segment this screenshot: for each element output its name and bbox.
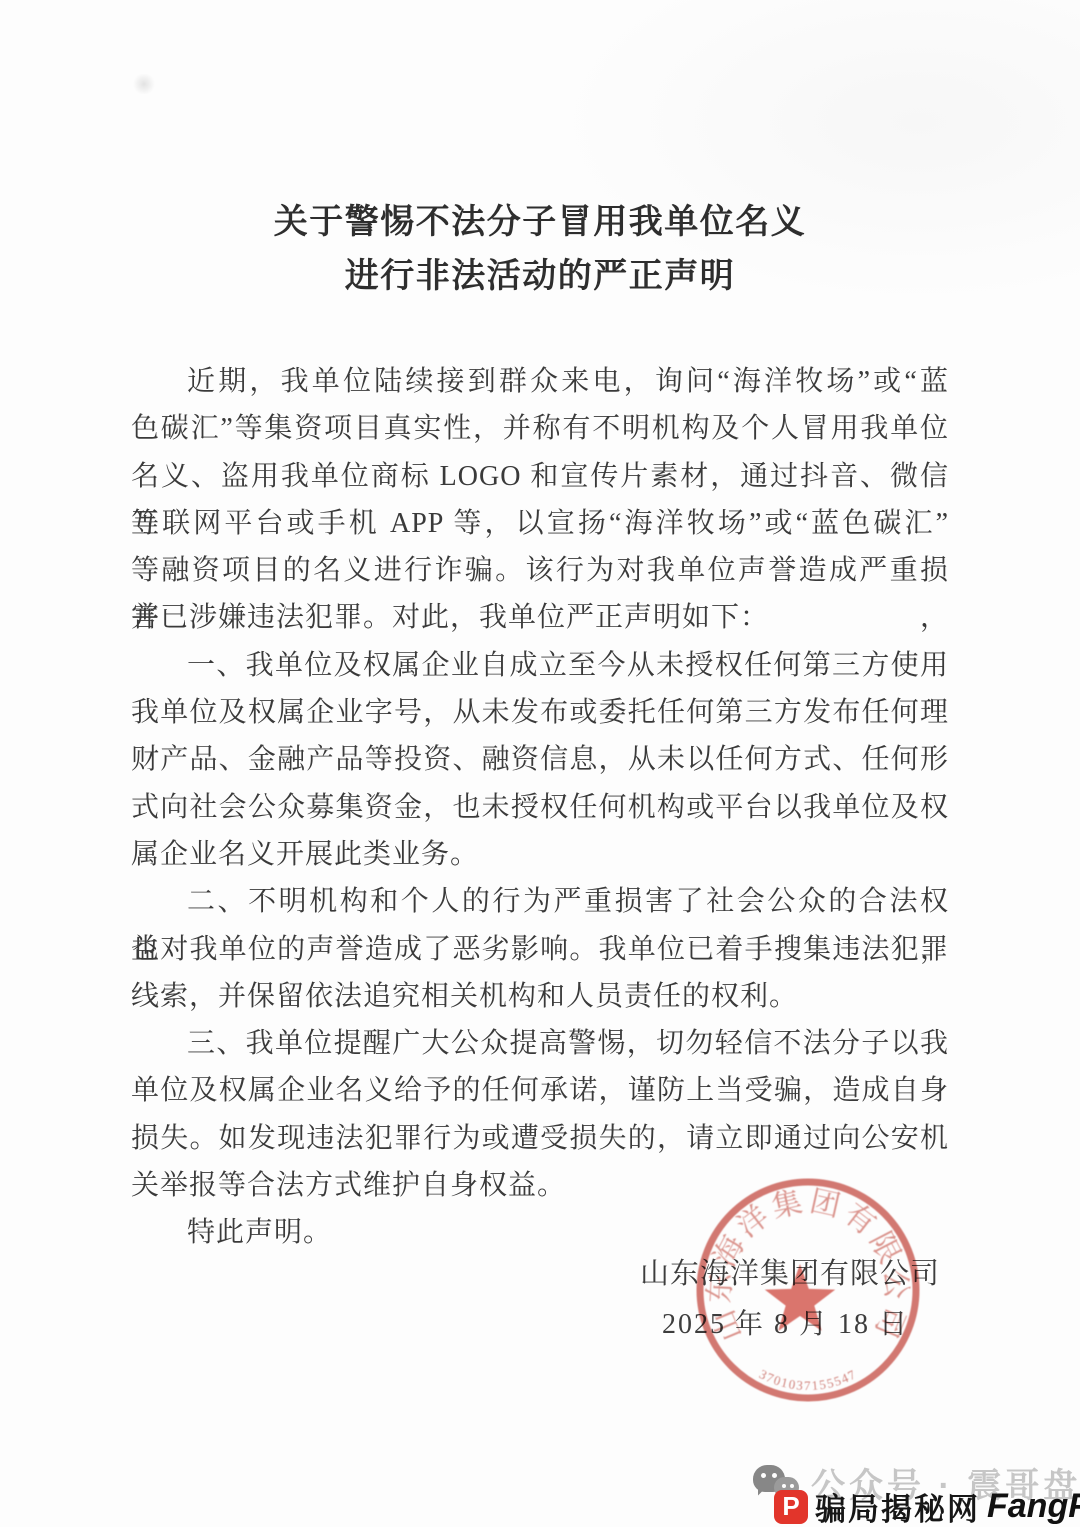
body-line: 财产品、金融产品等投资、融资信息，从未以任何方式、任何形 [131, 736, 949, 783]
body-line: 三、我单位提醒广大公众提高警惕，切勿轻信不法分子以我 [131, 1020, 949, 1067]
body-line: 我单位及权属企业字号，从未发布或委托任何第三方发布任何理 [131, 689, 949, 736]
body-line: 式向社会公众募集资金，也未授权任何机构或平台以我单位及权 [131, 784, 949, 831]
seal-star-icon [765, 1264, 835, 1331]
body-line: 属企业名义开展此类业务。 [131, 831, 949, 878]
fangpian-logo-icon: P [774, 1490, 808, 1524]
official-red-seal: 山东海洋集团有限公司 3701037155547 [688, 1170, 928, 1410]
fangpian-brand-bar: P 骗局揭秘网 FangPian.net [774, 1484, 1080, 1527]
body-line: 互联网平台或手机 APP 等，以宣扬“海洋牧场”或“蓝色碳汇” [131, 500, 949, 547]
brand-name-english: FangPian.net [987, 1487, 1080, 1526]
body-line: 损失。如发现违法犯罪行为或遭受损失的，请立即通过向公安机 [131, 1115, 949, 1162]
body-line: 也对我单位的声誉造成了恶劣影响。我单位已着手搜集违法犯罪 [131, 926, 949, 973]
scanned-statement-page: 关于警惕不法分子冒用我单位名义 进行非法活动的严正声明 近期，我单位陆续接到群众… [0, 0, 1080, 1527]
brand-name-chinese: 骗局揭秘网 [815, 1484, 980, 1527]
body-line: 名义、盗用我单位商标 LOGO 和宣传片素材，通过抖音、微信等 [131, 453, 949, 500]
document-title-line1: 关于警惕不法分子冒用我单位名义 [0, 194, 1080, 243]
document-title-line2: 进行非法活动的严正声明 [0, 248, 1080, 297]
body-line: 近期，我单位陆续接到群众来电，询问“海洋牧场”或“蓝 [131, 358, 949, 405]
scan-artifact [132, 74, 156, 94]
body-line: 单位及权属企业名义给予的任何承诺，谨防上当受骗，造成自身 [131, 1067, 949, 1114]
body-line: 一、我单位及权属企业自成立至今从未授权任何第三方使用 [131, 642, 949, 689]
body-line: 线索，并保留依法追究相关机构和人员责任的权利。 [131, 973, 949, 1020]
body-line: 色碳汇”等集资项目真实性，并称有不明机构及个人冒用我单位 [131, 405, 949, 452]
document-body: 近期，我单位陆续接到群众来电，询问“海洋牧场”或“蓝 色碳汇”等集资项目真实性，… [131, 358, 949, 1257]
body-line: 等融资项目的名义进行诈骗。该行为对我单位声誉造成严重损害， [131, 547, 949, 594]
body-line: 二、不明机构和个人的行为严重损害了社会公众的合法权益， [131, 878, 949, 925]
